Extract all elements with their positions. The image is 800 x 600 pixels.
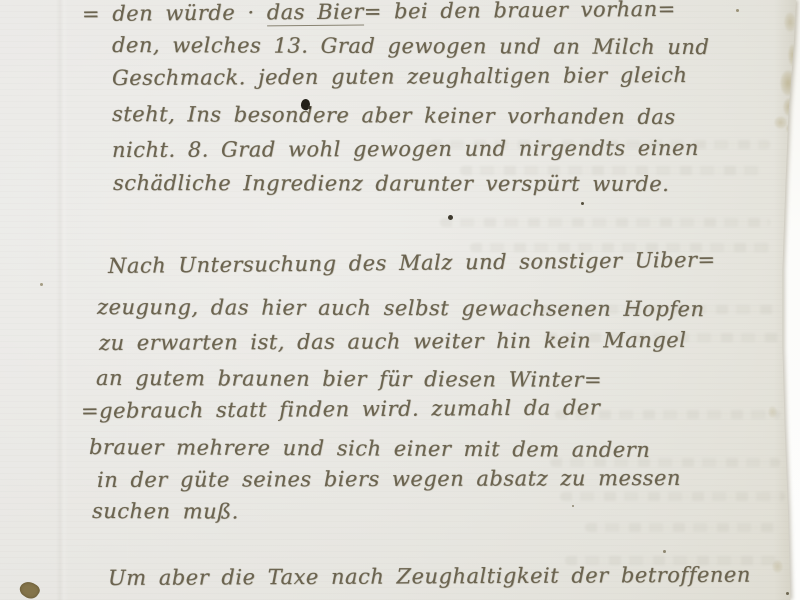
bleedthrough-smudge: [585, 523, 780, 532]
bleedthrough-smudge: [560, 492, 785, 501]
foxing-stain: [784, 12, 796, 32]
manuscript-line: zeugung, das hier auch selbst gewachsene…: [97, 295, 705, 321]
ink-speck: [448, 215, 453, 220]
paper-speck: [572, 505, 574, 507]
manuscript-line: suchen muß.: [92, 499, 239, 524]
ink-speck: [581, 202, 584, 205]
ink-blot: [17, 578, 42, 600]
manuscript-line: zu erwarten ist, das auch weiter hin kei…: [99, 328, 687, 355]
foxing-stain: [768, 406, 777, 418]
manuscript-line: Geschmack. jeden guten zeughaltigen bier…: [112, 63, 688, 90]
scan-background: = den würde · das Bier= bei den brauer v…: [0, 0, 800, 600]
underlined-phrase: das Bier: [267, 0, 364, 26]
line-text: = bei den brauer vorhan=: [364, 0, 676, 24]
foxing-stain: [772, 560, 783, 573]
manuscript-line: =gebrauch statt finden wird. zumahl da d…: [81, 395, 600, 423]
manuscript-line: Um aber die Taxe nach Zeughaltigkeit der…: [108, 563, 751, 590]
manuscript-line: steht, Ins besondere aber keiner vorhand…: [112, 102, 676, 129]
foxing-stain: [780, 70, 796, 96]
manuscript-page: = den würde · das Bier= bei den brauer v…: [0, 0, 800, 600]
line-text: = den würde ·: [82, 0, 267, 26]
paper-speck: [40, 283, 43, 286]
manuscript-line: schädliche Ingredienz darunter verspürt …: [113, 171, 669, 196]
paper-speck: [736, 9, 739, 12]
manuscript-line: = den würde · das Bier= bei den brauer v…: [82, 0, 676, 26]
manuscript-line: nicht. 8. Grad wohl gewogen und nirgendt…: [112, 136, 699, 162]
manuscript-line: brauer mehrere und sich einer mit dem an…: [89, 435, 650, 462]
manuscript-line: in der güte seines biers wegen absatz zu…: [97, 466, 681, 492]
paper-crease: [56, 0, 68, 600]
paper-speck: [663, 550, 666, 553]
manuscript-line: Nach Untersuchung des Malz und sonstiger…: [108, 248, 716, 278]
foxing-stain: [786, 124, 793, 133]
foxing-stain: [788, 44, 797, 66]
foxing-stain: [783, 98, 795, 116]
ink-speck: [308, 106, 311, 109]
manuscript-line: an gutem braunen bier für diesen Winter=: [96, 366, 602, 392]
manuscript-line: den, welches 13. Grad gewogen und an Mil…: [112, 33, 709, 59]
bleedthrough-smudge: [440, 218, 770, 227]
paper-speck: [786, 592, 789, 595]
